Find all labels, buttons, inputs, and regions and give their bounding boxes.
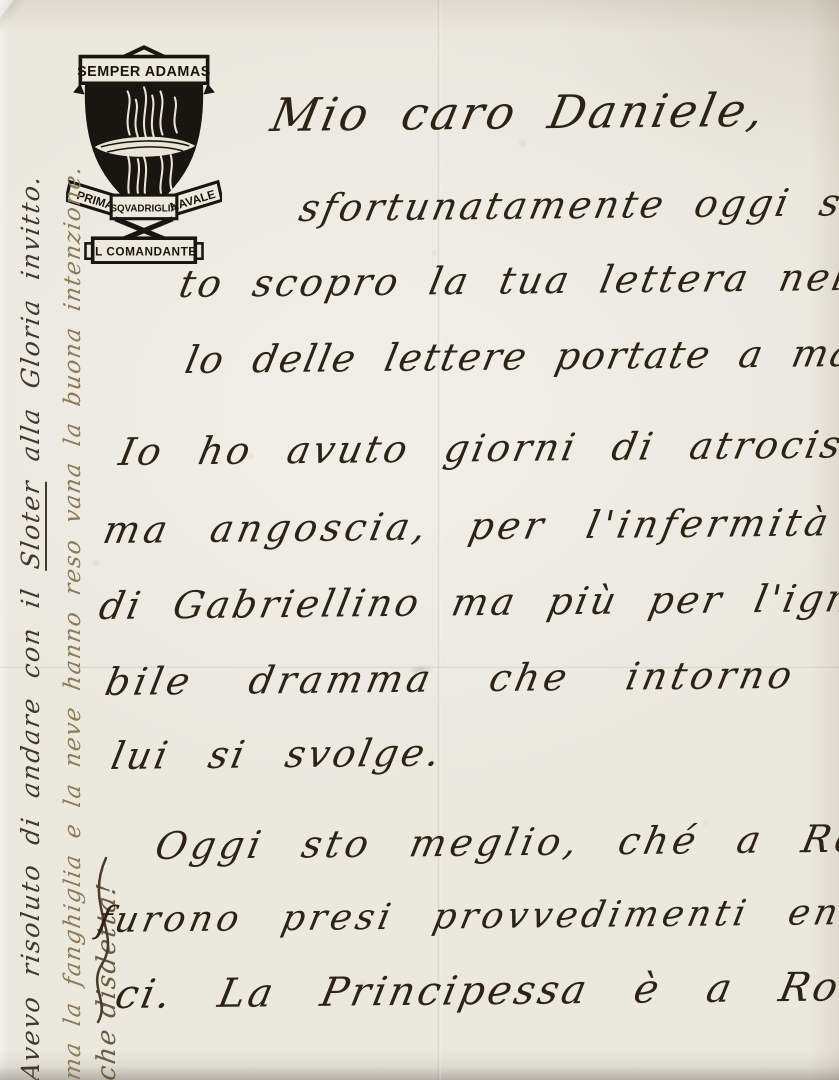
body-line-8: lui si svolge. bbox=[108, 731, 447, 778]
body-line-4: Io ho avuto giorni di atrocissi bbox=[116, 422, 839, 474]
letter-page: SEMPER ADAMAS S A PRIMA NAVALE SQVADRI bbox=[0, 0, 839, 1080]
body-line-5: ma angoscia, per l'infermità bbox=[100, 500, 836, 552]
margin-note-line-1-pre: Avevo risoluto di andare con il bbox=[16, 566, 45, 1080]
margin-note-vessel-name: Sloter bbox=[16, 477, 47, 571]
body-line-6: di Gabriellino ma più per l'igno bbox=[96, 576, 839, 628]
body-line-2: to scopro la tua lettera nel cumu bbox=[176, 253, 839, 306]
margin-note-line-1: Avevo risoluto di andare con il Sloter a… bbox=[16, 172, 45, 1080]
body-line-10: furono presi provvedimenti energi bbox=[94, 891, 839, 941]
emblem-initial-s: S bbox=[95, 105, 113, 141]
body-line-1: sfortunatamente oggi soltan bbox=[296, 179, 839, 230]
commander-emblem: SEMPER ADAMAS S A PRIMA NAVALE SQVADRI bbox=[66, 40, 222, 264]
salutation-line: Mio caro Daniele, bbox=[267, 83, 772, 142]
plaque-text: IL COMANDANTE bbox=[91, 245, 196, 259]
ribbon-center-text: SQVADRIGLIA bbox=[111, 204, 178, 215]
paper-foxing-spots bbox=[0, 0, 2, 2]
body-line-9: Oggi sto meglio, ché a Roma bbox=[152, 816, 839, 868]
margin-note-line-1-post: alla Gloria invitto. bbox=[16, 172, 45, 482]
body-line-11: ci. La Principessa è a Roma, bbox=[111, 964, 839, 1018]
body-line-7: bile dramma che intorno a bbox=[102, 652, 839, 704]
body-line-3: lo delle lettere portate a mano! bbox=[182, 330, 839, 382]
emblem-motto-text: SEMPER ADAMAS bbox=[77, 64, 211, 80]
